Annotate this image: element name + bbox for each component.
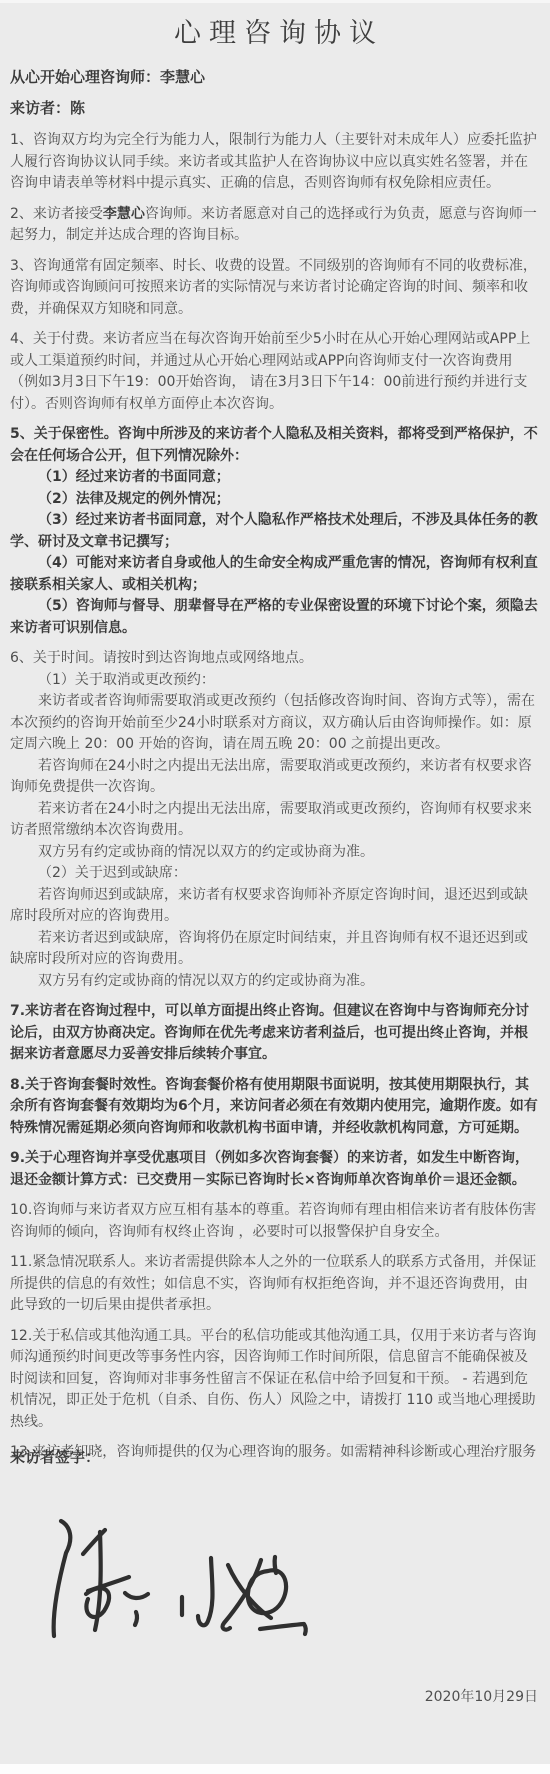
clause: 6、关于时间。请按时到达咨询地点或网络地点。（1）关于取消或更改预约：来访者或者… [10, 648, 540, 992]
clause-paragraph: 4、关于付费。来访者应当在每次咨询开始前至少5小时在从心开始心理网站或APP上或… [10, 329, 540, 415]
clause-paragraph: （4）可能对来访者自身或他人的生命安全构成严重危害的情况，咨询师有权利直接联系相… [10, 553, 540, 596]
clause-paragraph: 5、关于保密性。咨询中所涉及的来访者个人隐私及相关资料，都将受到严格保护，不会在… [10, 424, 540, 467]
clause: 3、咨询通常有固定频率、时长、收费的设置。不同级别的咨询师有不同的收费标准，咨询… [10, 256, 540, 321]
clause-paragraph: 6、关于时间。请按时到达咨询地点或网络地点。 [10, 648, 540, 670]
clause-paragraph: （2）法律及规定的例外情况； [10, 489, 540, 511]
visitor-signature-label: 来访者签字： [10, 1446, 100, 1467]
clause: 2、来访者接受李慧心咨询师。来访者愿意对自己的选择或行为负责，愿意与咨询师一起努… [10, 204, 540, 247]
counselor-label: 从心开始心理咨询师： [10, 68, 160, 86]
clause-paragraph: （2）关于迟到或缺席： [10, 863, 540, 885]
clause-paragraph: 10.咨询师与来访者双方应互相有基本的尊重。若咨询师有理由相信来访者有肢体伤害咨… [10, 1200, 540, 1243]
signature-ink-strokes [48, 1508, 318, 1648]
clause-paragraph: 2、来访者接受李慧心咨询师。来访者愿意对自己的选择或行为负责，愿意与咨询师一起努… [10, 204, 540, 247]
page-title: 心理咨询协议 [0, 11, 550, 50]
clause-paragraph: 若来访者在24小时之内提出无法出席，需要取消或更改预约，咨询师有权要求来访者照常… [10, 799, 540, 842]
clause: 4、关于付费。来访者应当在每次咨询开始前至少5小时在从心开始心理网站或APP上或… [10, 329, 540, 415]
visitor-name: 陈 [70, 99, 85, 117]
clause: 5、关于保密性。咨询中所涉及的来访者个人隐私及相关资料，都将受到严格保护，不会在… [10, 424, 540, 639]
clause-text: 2、来访者接受 [10, 206, 103, 222]
agreement-document: 心理咨询协议 从心开始心理咨询师：李慧心 来访者：陈 1、咨询双方均为完全行为能… [0, 0, 550, 1774]
clause-paragraph: 7.来访者在咨询过程中，可以单方面提出终止咨询。但建议在咨询中与咨询师充分讨论后… [10, 1001, 540, 1066]
clause: 10.咨询师与来访者双方应互相有基本的尊重。若咨询师有理由相信来访者有肢体伤害咨… [10, 1200, 540, 1243]
clause: 1、咨询双方均为完全行为能力人，限制行为能力人（主要针对未成年人）应委托监护人履… [10, 130, 540, 195]
visitor-signature [48, 1508, 318, 1648]
highlighted-name: 李慧心 [103, 206, 145, 222]
document-date: 2020年10月29日 [425, 1686, 538, 1706]
clause-paragraph: 若来访者迟到或缺席，咨询将仍在原定时间结束，并且咨询师有权不退还迟到或缺席时段所… [10, 928, 540, 971]
clause-paragraph: 12.关于私信或其他沟通工具。平台的私信功能或其他沟通工具，仅用于来访者与咨询师… [10, 1326, 540, 1434]
visitor-label: 来访者： [10, 99, 70, 117]
clause-paragraph: 11.紧急情况联系人。来访者需提供除本人之外的一位联系人的联系方式备用，并保证所… [10, 1252, 540, 1317]
clause-paragraph: （3）经过来访者书面同意，对个人隐私作严格技术处理后，不涉及具体任务的教学、研讨… [10, 510, 540, 553]
visitor-line: 来访者：陈 [10, 96, 540, 120]
clause-paragraph: （5）咨询师与督导、朋辈督导在严格的专业保密设置的环境下讨论个案，须隐去来访者可… [10, 596, 540, 639]
clause-list: 1、咨询双方均为完全行为能力人，限制行为能力人（主要针对未成年人）应委托监护人履… [10, 130, 540, 1462]
clause: 7.来访者在咨询过程中，可以单方面提出终止咨询。但建议在咨询中与咨询师充分讨论后… [10, 1001, 540, 1066]
clause-paragraph: 双方另有约定或协商的情况以双方的约定或协商为准。 [10, 971, 540, 993]
bottom-divider [0, 1764, 550, 1774]
counselor-name: 李慧心 [160, 68, 205, 86]
clause-paragraph: 若咨询师迟到或缺席，来访者有权要求咨询师补齐原定咨询时间，退还迟到或缺席时段所对… [10, 885, 540, 928]
clause-paragraph: （1）关于取消或更改预约： [10, 670, 540, 692]
clause-paragraph: 3、咨询通常有固定频率、时长、收费的设置。不同级别的咨询师有不同的收费标准，咨询… [10, 256, 540, 321]
clause: 8.关于咨询套餐时效性。咨询套餐价格有使用期限书面说明，按其使用期限执行，其余所… [10, 1075, 540, 1140]
clause-paragraph: 8.关于咨询套餐时效性。咨询套餐价格有使用期限书面说明，按其使用期限执行，其余所… [10, 1075, 540, 1140]
clause-paragraph: （1）经过来访者的书面同意； [10, 467, 540, 489]
clause-paragraph: 1、咨询双方均为完全行为能力人，限制行为能力人（主要针对未成年人）应委托监护人履… [10, 130, 540, 195]
clause: 9.关于心理咨询并享受优惠项目（例如多次咨询套餐）的来访者，如发生中断咨询，退还… [10, 1148, 540, 1191]
top-divider [0, 0, 550, 3]
clause: 11.紧急情况联系人。来访者需提供除本人之外的一位联系人的联系方式备用，并保证所… [10, 1252, 540, 1317]
clause-paragraph: 来访者或者咨询师需要取消或更改预约（包括修改咨询时间、咨询方式等），需在本次预约… [10, 691, 540, 756]
counselor-line: 从心开始心理咨询师：李慧心 [10, 65, 540, 89]
clause-paragraph: 双方另有约定或协商的情况以双方的约定或协商为准。 [10, 842, 540, 864]
clause: 12.关于私信或其他沟通工具。平台的私信功能或其他沟通工具，仅用于来访者与咨询师… [10, 1326, 540, 1434]
clause-paragraph: 9.关于心理咨询并享受优惠项目（例如多次咨询套餐）的来访者，如发生中断咨询，退还… [10, 1148, 540, 1191]
clause-paragraph: 若咨询师在24小时之内提出无法出席，需要取消或更改预约，来访者有权要求咨询师免费… [10, 756, 540, 799]
